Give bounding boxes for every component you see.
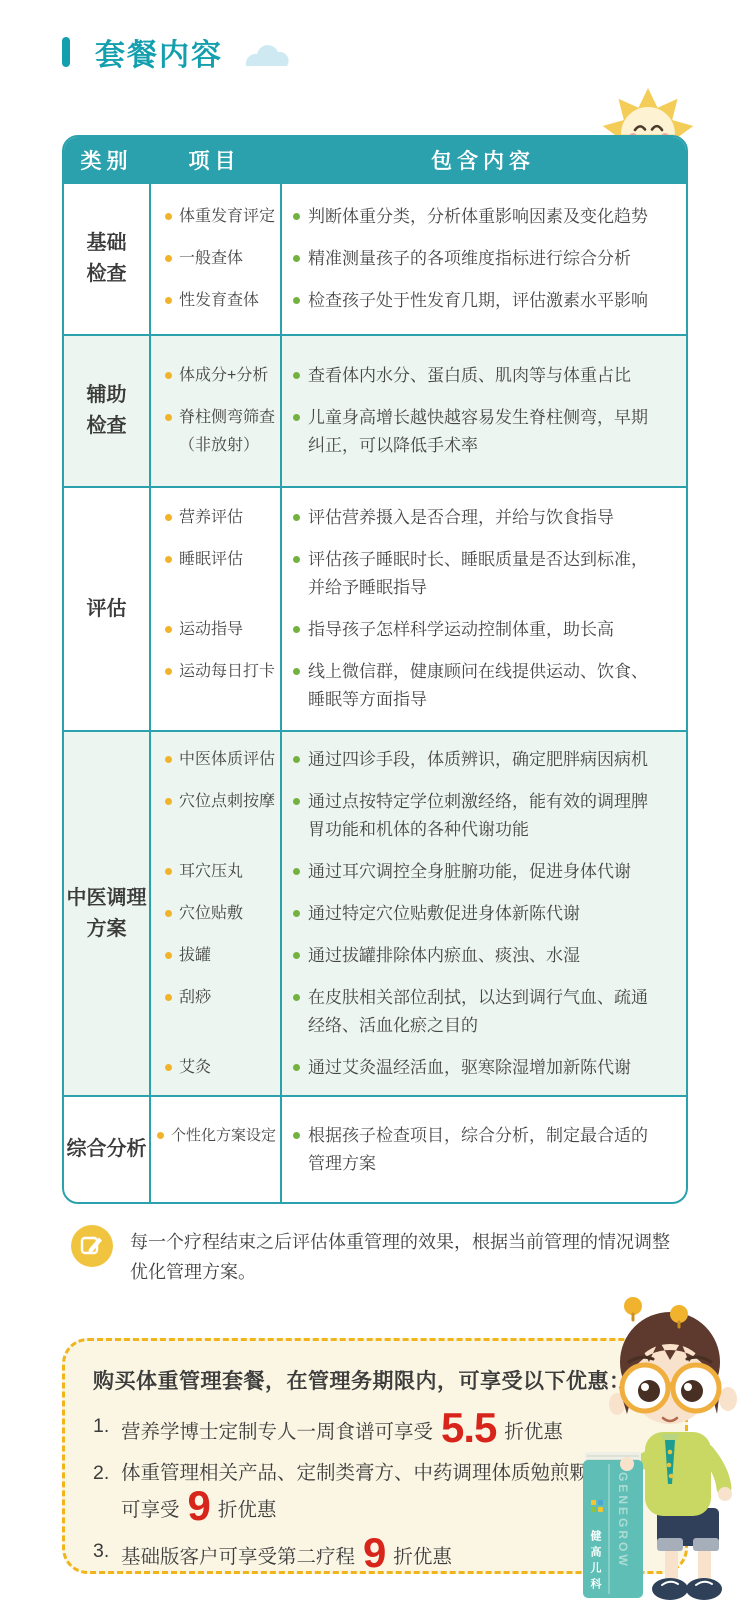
header-cell-category: 类别 — [64, 145, 149, 175]
column-divider — [149, 336, 151, 486]
content-bullet — [293, 1064, 300, 1071]
table-row-overall-analysis: 综合分析 个性化方案设定 根据孩子检查项目，综合分析，制定最合适的管理方案 — [64, 1095, 686, 1202]
item-bullet — [165, 798, 172, 805]
column-divider — [280, 1097, 282, 1202]
item-text: 穴位点刺按摩 — [179, 788, 275, 816]
promo-discount-number: 9 — [363, 1536, 385, 1570]
table-row-basic-exam: 基础 检查 体重发育评定 判断体重分类，分析体重影响因素及变化趋势 一般查体 精… — [64, 182, 686, 334]
promo-item-prefix: 营养学博士定制专人一周食谱可享受 — [121, 1421, 433, 1443]
content-bullet — [293, 414, 300, 421]
table-pair: 脊柱侧弯筛查 （非放射） 儿童身高增长越快越容易发生脊柱侧弯，早期纠正，可以降低… — [149, 404, 686, 460]
item-text: 一般查体 — [179, 245, 243, 273]
column-divider — [149, 732, 151, 1095]
content-text: 检查孩子处于性发育几期，评估激素水平影响 — [308, 287, 648, 315]
item-bullet — [165, 868, 172, 875]
content-text: 查看体内水分、蛋白质、肌肉等与体重占比 — [308, 362, 631, 390]
content-bullet — [293, 798, 300, 805]
item-text: 性发育查体 — [179, 287, 259, 315]
item-text: 拔罐 — [179, 942, 211, 970]
cloud-icon — [239, 44, 293, 70]
item-bullet — [165, 514, 172, 521]
table-pair: 性发育查体 检查孩子处于性发育几期，评估激素水平影响 — [149, 287, 686, 315]
table-header: 类别 项目 包含内容 — [64, 137, 686, 182]
content-text: 判断体重分类，分析体重影响因素及变化趋势 — [308, 203, 648, 231]
table-pair: 拔罐 通过拔罐排除体内瘀血、痰浊、水湿 — [149, 942, 686, 970]
item-bullet — [165, 994, 172, 1001]
content-text: 通过艾灸温经活血，驱寒除湿增加新陈代谢 — [308, 1054, 631, 1082]
item-bullet — [165, 952, 172, 959]
content-text: 精准测量孩子的各项维度指标进行综合分析 — [308, 245, 631, 273]
promo-discount-number: 5.5 — [441, 1411, 496, 1445]
content-text: 通过拔罐排除体内瘀血、痰浊、水湿 — [308, 942, 580, 970]
promo-item-marker: 2. — [93, 1458, 121, 1526]
content-text: 儿童身高增长越快越容易发生脊柱侧弯，早期纠正，可以降低手术率 — [308, 404, 660, 460]
item-bullet — [165, 1064, 172, 1071]
content-text: 根据孩子检查项目，综合分析，制定最合适的管理方案 — [308, 1122, 660, 1178]
note-text: 每一个疗程结束之后评估体重管理的效果，根据当前管理的情况调整优化管理方案。 — [130, 1222, 676, 1287]
item-text: 脊柱侧弯筛查 （非放射） — [179, 404, 275, 460]
item-text: 中医体质评估 — [179, 746, 275, 774]
content-bullet — [293, 213, 300, 220]
promo-item-prefix: 基础版客户可享受第二疗程 — [121, 1546, 355, 1568]
table-pair: 刮痧 在皮肤相关部位刮拭，以达到调行气血、疏通经络、活血化瘀之目的 — [149, 984, 686, 1040]
content-bullet — [293, 514, 300, 521]
content-text: 通过特定穴位贴敷促进身体新陈代谢 — [308, 900, 580, 928]
table-pair: 运动指导 指导孩子怎样科学运动控制体重，助长高 — [149, 616, 686, 644]
column-divider — [280, 336, 282, 486]
table-pair: 耳穴压丸 通过耳穴调控全身脏腑功能，促进身体代谢 — [149, 858, 686, 886]
item-text: 体成分+分析 — [179, 362, 268, 390]
table-pair: 睡眠评估 评估孩子睡眠时长、睡眠质量是否达到标准，并给予睡眠指导 — [149, 546, 686, 602]
column-divider — [149, 488, 151, 730]
table-pair: 一般查体 精准测量孩子的各项维度指标进行综合分析 — [149, 245, 686, 273]
header-cell-content: 包含内容 — [280, 145, 686, 175]
package-table: 类别 项目 包含内容 基础 检查 体重发育评定 判断体重分类，分析体重影响因素及… — [62, 135, 688, 1204]
content-text: 评估孩子睡眠时长、睡眠质量是否达到标准，并给予睡眠指导 — [308, 546, 660, 602]
book-title-jiangao: 健高儿科 — [587, 1530, 603, 1594]
item-text: 体重发育评定 — [179, 203, 275, 231]
content-text: 评估营养摄入是否合理，并给与饮食指导 — [308, 504, 614, 532]
content-text: 线上微信群，健康顾问在线提供运动、饮食、睡眠等方面指导 — [308, 658, 660, 714]
mascot-illustration: GENEGROW 健高儿科 — [575, 1292, 750, 1608]
content-bullet — [293, 1132, 300, 1139]
item-text: 运动每日打卡 — [179, 658, 275, 686]
category-cell: 评估 — [64, 488, 149, 730]
item-bullet — [165, 910, 172, 917]
page-title: 套餐内容 — [95, 30, 223, 74]
column-divider — [149, 1097, 151, 1202]
item-text: 穴位贴敷 — [179, 900, 243, 928]
promo-discount-number: 9 — [188, 1489, 210, 1523]
table-pair: 穴位贴敷 通过特定穴位贴敷促进身体新陈代谢 — [149, 900, 686, 928]
column-divider — [280, 184, 282, 334]
table-pair: 体成分+分析 查看体内水分、蛋白质、肌肉等与体重占比 — [149, 362, 686, 390]
category-cell: 综合分析 — [64, 1097, 149, 1202]
content-bullet — [293, 868, 300, 875]
item-text: 运动指导 — [179, 616, 243, 644]
table-pair: 艾灸 通过艾灸温经活血，驱寒除湿增加新陈代谢 — [149, 1054, 686, 1082]
content-text: 通过四诊手段，体质辨识，确定肥胖病因病机 — [308, 746, 648, 774]
item-bullet — [157, 1132, 164, 1139]
content-bullet — [293, 372, 300, 379]
table-pair: 运动每日打卡 线上微信群，健康顾问在线提供运动、饮食、睡眠等方面指导 — [149, 658, 686, 714]
content-text: 在皮肤相关部位刮拭，以达到调行气血、疏通经络、活血化瘀之目的 — [308, 984, 660, 1040]
content-text: 通过点按特定学位刺激经络，能有效的调理脾胃功能和机体的各种代谢功能 — [308, 788, 660, 844]
item-bullet — [165, 414, 172, 421]
promo-item-marker: 3. — [93, 1536, 121, 1573]
item-text: 耳穴压丸 — [179, 858, 243, 886]
note-section: 每一个疗程结束之后评估体重管理的效果，根据当前管理的情况调整优化管理方案。 — [70, 1222, 676, 1287]
content-bullet — [293, 626, 300, 633]
item-text: 刮痧 — [179, 984, 211, 1012]
item-bullet — [165, 297, 172, 304]
content-bullet — [293, 255, 300, 262]
promo-item-suffix: 折优惠 — [218, 1499, 277, 1521]
item-bullet — [165, 626, 172, 633]
item-bullet — [165, 756, 172, 763]
item-bullet — [165, 556, 172, 563]
category-cell: 中医调理 方案 — [64, 732, 149, 1095]
item-text: 营养评估 — [179, 504, 243, 532]
table-pair: 穴位点刺按摩 通过点按特定学位刺激经络，能有效的调理脾胃功能和机体的各种代谢功能 — [149, 788, 686, 844]
table-pair: 体重发育评定 判断体重分类，分析体重影响因素及变化趋势 — [149, 203, 686, 231]
table-row-tcm-plan: 中医调理 方案 中医体质评估 通过四诊手段，体质辨识，确定肥胖病因病机 穴位点刺… — [64, 730, 686, 1095]
content-bullet — [293, 297, 300, 304]
item-bullet — [165, 213, 172, 220]
item-text: 睡眠评估 — [179, 546, 243, 574]
category-cell: 基础 检查 — [64, 184, 149, 334]
edit-note-icon — [70, 1224, 114, 1268]
category-cell: 辅助 检查 — [64, 336, 149, 486]
item-text: 艾灸 — [179, 1054, 211, 1082]
content-bullet — [293, 952, 300, 959]
title-accent-bar — [62, 37, 70, 67]
section-title: 套餐内容 — [62, 30, 293, 74]
promo-item-suffix: 折优惠 — [393, 1546, 452, 1568]
book-title-genegrow: GENEGROW — [616, 1472, 630, 1569]
item-bullet — [165, 255, 172, 262]
item-text: 个性化方案设定 — [171, 1122, 276, 1150]
promo-item-suffix: 折优惠 — [504, 1421, 563, 1443]
table-row-assessment: 评估 营养评估 评估营养摄入是否合理，并给与饮食指导 睡眠评估 评估孩子睡眠时长… — [64, 486, 686, 730]
content-bullet — [293, 756, 300, 763]
column-divider — [280, 488, 282, 730]
content-bullet — [293, 668, 300, 675]
column-divider — [149, 184, 151, 334]
table-pair: 个性化方案设定 根据孩子检查项目，综合分析，制定最合适的管理方案 — [149, 1122, 686, 1178]
content-bullet — [293, 994, 300, 1001]
content-text: 指导孩子怎样科学运动控制体重，助长高 — [308, 616, 614, 644]
column-divider — [280, 732, 282, 1095]
item-bullet — [165, 668, 172, 675]
table-row-aux-exam: 辅助 检查 体成分+分析 查看体内水分、蛋白质、肌肉等与体重占比 脊柱侧弯筛查 … — [64, 334, 686, 486]
header-cell-item: 项目 — [149, 145, 280, 175]
content-bullet — [293, 556, 300, 563]
table-pair: 中医体质评估 通过四诊手段，体质辨识，确定肥胖病因病机 — [149, 746, 686, 774]
content-text: 通过耳穴调控全身脏腑功能，促进身体代谢 — [308, 858, 631, 886]
content-bullet — [293, 910, 300, 917]
promo-item-marker: 1. — [93, 1411, 121, 1448]
item-bullet — [165, 372, 172, 379]
table-pair: 营养评估 评估营养摄入是否合理，并给与饮食指导 — [149, 504, 686, 532]
